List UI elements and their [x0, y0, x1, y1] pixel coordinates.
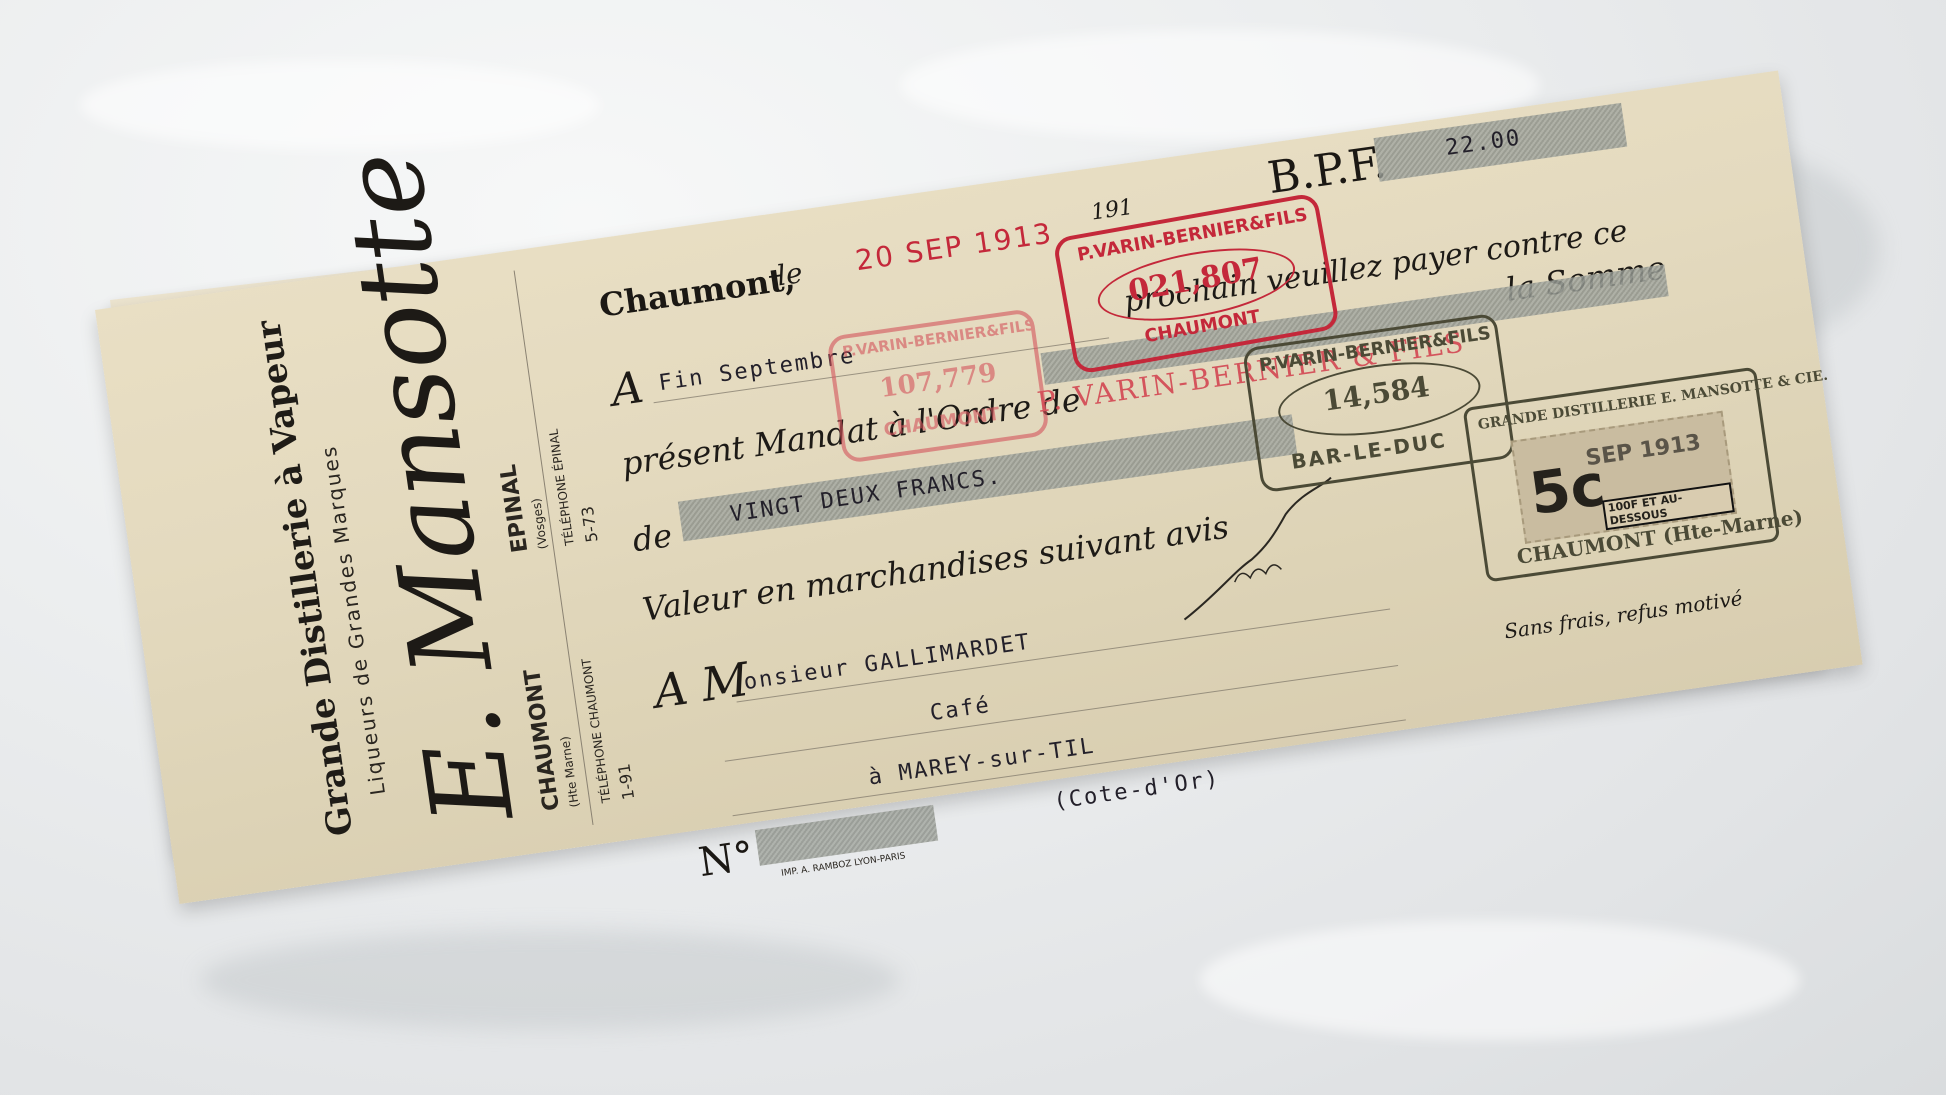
tissue-highlight [1200, 920, 1800, 1040]
stamp-city: CHAUMONT [882, 404, 1001, 441]
place-label: Chaumont, [597, 259, 798, 324]
addressee-dept: (Cote-d'Or) [1052, 766, 1222, 814]
currency-label: B.P.F. [1265, 137, 1390, 204]
line-de: de [630, 516, 674, 559]
number-band [755, 805, 938, 866]
tax-stamp-frame: GRANDE DISTILLERIE E. MANSOTTE & CIE. 5c… [1462, 367, 1780, 583]
phone-chaumont-label: TÉLÉPHONE CHAUMONT [579, 658, 613, 804]
addressee-prefix: A M [651, 652, 753, 719]
number-label: N° [696, 833, 757, 886]
rule [737, 609, 1391, 703]
main-mandat: Grande Distillerie à Vapeur Liqueurs de … [95, 70, 1863, 904]
tax-stamp-date: SEP 1913 [1584, 430, 1702, 471]
tissue-shadow [200, 930, 900, 1030]
signature [1161, 465, 1369, 630]
addressee-town: à MAREY-sur-TIL [867, 734, 1097, 791]
bank-stamp-red-faded: P.VARIN-BERNIER&FILS 107,779 CHAUMONT [826, 308, 1050, 464]
city-epinal: EPINAL [496, 463, 533, 554]
phone-epinal: 5-73 [578, 505, 602, 544]
date-stamp: 20 SEP 1913 [853, 216, 1055, 277]
tissue-highlight [80, 60, 600, 150]
stamp-number: 107,779 [878, 358, 999, 404]
place-le: le [775, 256, 805, 292]
stamp-city: BAR-LE-DUC [1290, 428, 1448, 474]
year-prefix: 191 [1090, 195, 1135, 226]
stamp-bank-name: P.VARIN-BERNIER&FILS [841, 316, 1036, 361]
addressee-business: Café [928, 693, 992, 726]
phone-chaumont: 1-91 [614, 762, 638, 801]
addressee-name: onsieur GALLIMARDET [742, 630, 1032, 696]
footer-note: Sans frais, refus motivé [1503, 586, 1744, 644]
line-a: A [608, 362, 647, 417]
